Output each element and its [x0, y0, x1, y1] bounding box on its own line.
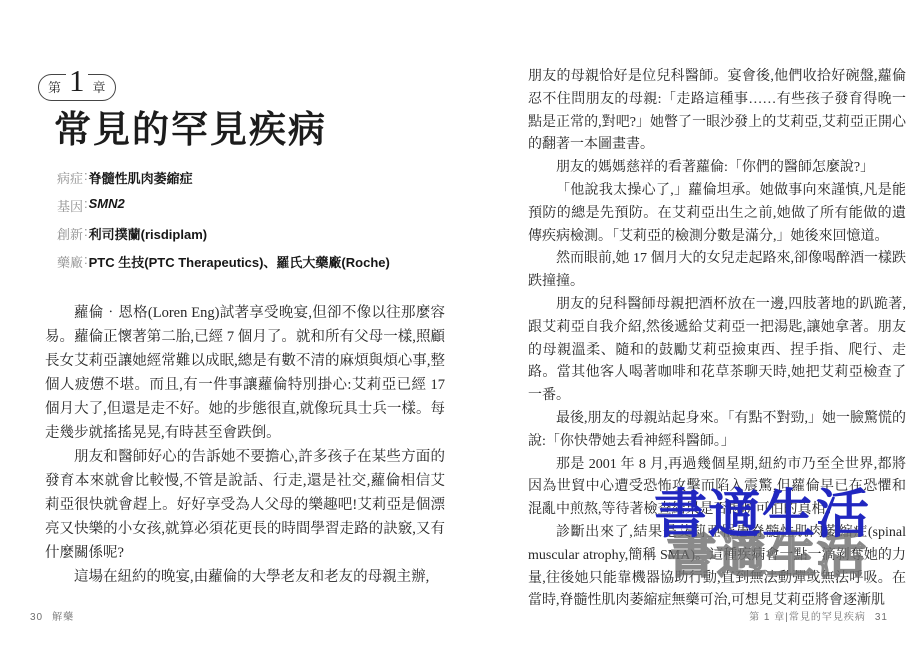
- meta-value: 利司撲蘭(risdiplam): [89, 224, 207, 243]
- chapter-suffix: 章: [93, 81, 106, 94]
- meta-colon: :: [84, 224, 88, 243]
- meta-row-disease: 病症 : 脊髓性肌肉萎縮症: [57, 168, 390, 187]
- paragraph: 最後,朋友的母親站起身來。「有點不對勁,」她一臉驚慌的說:「你快帶她去看神經科醫…: [528, 408, 906, 454]
- meta-value: SMN2: [89, 196, 125, 215]
- paragraph: 這場在紐約的晚宴,由蘿倫的大學老友和老友的母親主辦,: [45, 565, 445, 589]
- meta-row-innovation: 創新 : 利司撲蘭(risdiplam): [57, 224, 390, 243]
- footer-page-number: 30: [30, 612, 43, 623]
- paragraph: 然而眼前,她 17 個月大的女兒走起路來,卻像喝醉酒一樣跌跌撞撞。: [528, 248, 906, 294]
- page-title: 常見的罕見疾病: [54, 99, 327, 153]
- book-spread: 第 1 章 常見的罕見疾病 病症 : 脊髓性肌肉萎縮症 基因 : SMN2 創新…: [0, 0, 916, 650]
- left-page-footer: 30解藥: [30, 608, 74, 623]
- meta-colon: :: [84, 252, 88, 271]
- meta-row-company: 藥廠 : PTC 生技(PTC Therapeutics)、羅氏大藥廠(Roch…: [57, 252, 390, 271]
- left-page-body: 蘿倫‧恩格(Loren Eng)試著享受晚宴,但卻不像以往那麼容易。蘿倫正懷著第…: [45, 301, 445, 589]
- meta-row-gene: 基因 : SMN2: [57, 196, 390, 215]
- paragraph: 朋友的母親恰好是位兒科醫師。宴會後,他們收拾好碗盤,蘿倫忍不住問朋友的母親:「走…: [528, 66, 906, 157]
- paragraph: 「他說我太操心了,」蘿倫坦承。她做事向來謹慎,凡是能預防的總是先預防。在艾莉亞出…: [528, 180, 906, 248]
- meta-label: 病症: [57, 168, 83, 187]
- chapter-prefix: 第: [48, 81, 61, 94]
- meta-colon: :: [84, 196, 88, 215]
- meta-value: 脊髓性肌肉萎縮症: [89, 168, 193, 187]
- footer-book-title: 解藥: [52, 612, 74, 623]
- right-page-footer: 第 1 章|常見的罕見疾病31: [749, 608, 888, 623]
- chapter-number: 1: [66, 65, 88, 96]
- paragraph: 朋友的兒科醫師母親把酒杯放在一邊,四肢著地的趴跪著,跟艾莉亞自我介紹,然後遞給艾…: [528, 294, 906, 408]
- footer-page-number: 31: [875, 612, 888, 623]
- watermark-solid: 書適生活: [654, 472, 870, 548]
- meta-label: 創新: [57, 224, 83, 243]
- chapter-badge: 第 1 章: [38, 74, 116, 101]
- chapter-metadata: 病症 : 脊髓性肌肉萎縮症 基因 : SMN2 創新 : 利司撲蘭(risdip…: [57, 168, 390, 280]
- footer-chapter-label: 第 1 章|常見的罕見疾病: [749, 612, 866, 623]
- paragraph: 蘿倫‧恩格(Loren Eng)試著享受晚宴,但卻不像以往那麼容易。蘿倫正懷著第…: [45, 301, 445, 445]
- meta-label: 基因: [57, 196, 83, 215]
- meta-label: 藥廠: [57, 252, 83, 271]
- paragraph: 朋友的媽媽慈祥的看著蘿倫:「你們的醫師怎麼說?」: [528, 157, 906, 180]
- paragraph: 朋友和醫師好心的告訴她不要擔心,許多孩子在某些方面的發育本來就會比較慢,不管是說…: [45, 445, 445, 565]
- meta-value: PTC 生技(PTC Therapeutics)、羅氏大藥廠(Roche): [89, 252, 390, 271]
- meta-colon: :: [84, 168, 88, 187]
